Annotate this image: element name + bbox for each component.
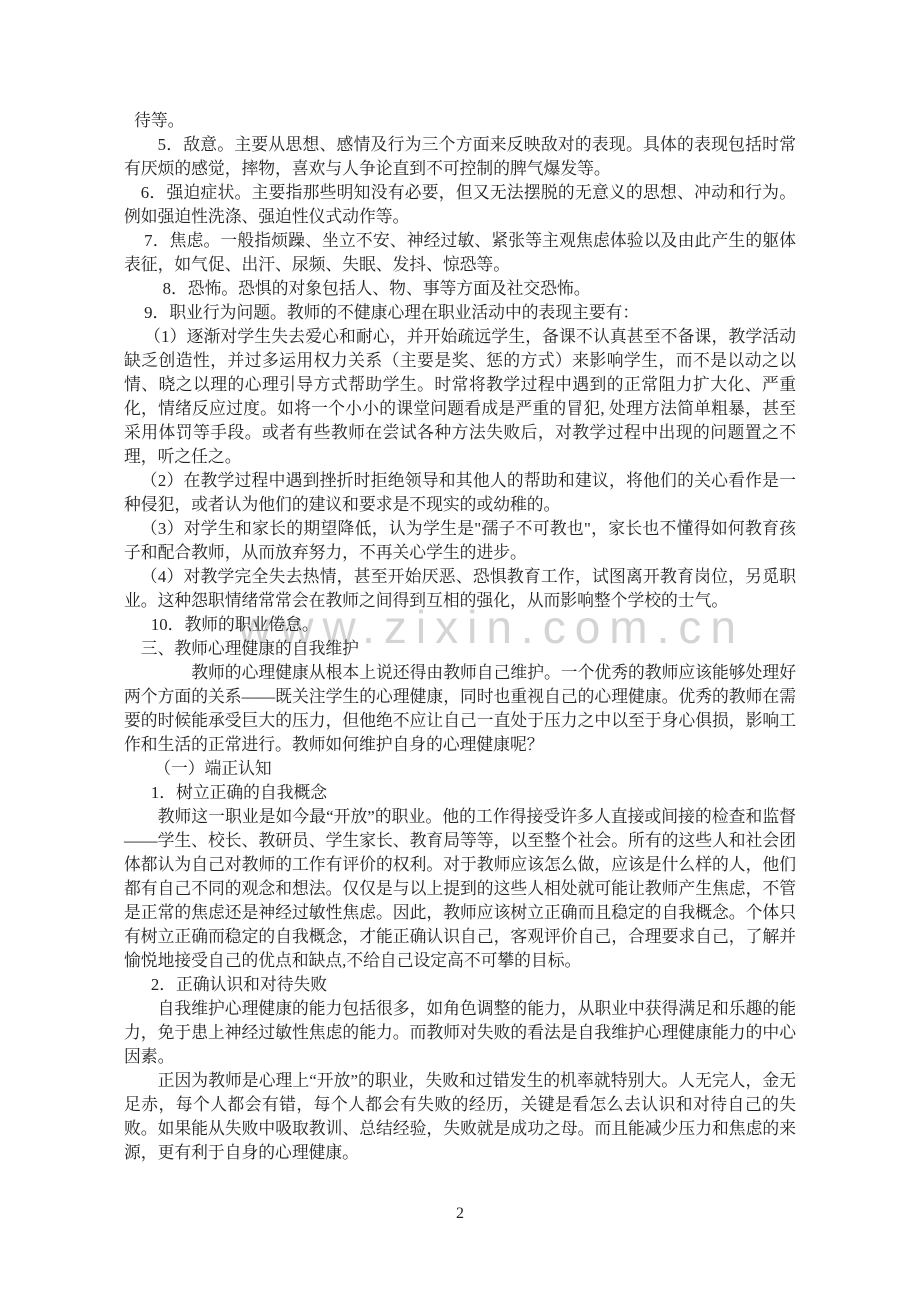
paragraph: 9．职业行为问题。教师的不健康心理在职业活动中的表现主要有： xyxy=(124,301,796,325)
document-body: 待等。5．敌意。主要从思想、感情及行为三个方面来反映敌对的表现。具体的表现包括时… xyxy=(124,109,796,1165)
paragraph: 1．树立正确的自我概念 xyxy=(124,781,796,805)
paragraph: （2）在教学过程中遇到挫折时拒绝领导和其他人的帮助和建议，将他们的关心看作是一种… xyxy=(124,469,796,517)
paragraph: 教师的心理健康从根本上说还得由教师自己维护。一个优秀的教师应该能够处理好两个方面… xyxy=(124,661,796,757)
paragraph: 2．正确认识和对待失败 xyxy=(124,973,796,997)
document-page: www.zixin.com.cn 待等。5．敌意。主要从思想、感情及行为三个方面… xyxy=(0,0,920,1302)
paragraph: （一）端正认知 xyxy=(124,757,796,781)
paragraph: （1）逐渐对学生失去爱心和耐心，并开始疏远学生，备课不认真甚至不备课，教学活动缺… xyxy=(124,325,796,469)
paragraph: 教师这一职业是如今最“开放”的职业。他的工作得接受许多人直接或间接的检查和监督—… xyxy=(124,805,796,973)
paragraph: （3）对学生和家长的期望降低，认为学生是"孺子不可教也"，家长也不懂得如何教育孩… xyxy=(124,517,796,565)
paragraph: 6．强迫症状。主要指那些明知没有必要，但又无法摆脱的无意义的思想、冲动和行为。例… xyxy=(124,181,796,229)
page-number: 2 xyxy=(0,1204,920,1224)
paragraph: 5．敌意。主要从思想、感情及行为三个方面来反映敌对的表现。具体的表现包括时常有厌… xyxy=(124,133,796,181)
paragraph: 待等。 xyxy=(124,109,796,133)
paragraph: 10．教师的职业倦怠。 xyxy=(124,613,796,637)
paragraph: 8．恐怖。恐惧的对象包括人、物、事等方面及社交恐怖。 xyxy=(124,277,796,301)
paragraph: （4）对教学完全失去热情，甚至开始厌恶、恐惧教育工作，试图离开教育岗位，另觅职业… xyxy=(124,565,796,613)
paragraph: 自我维护心理健康的能力包括很多，如角色调整的能力，从职业中获得满足和乐趣的能力，… xyxy=(124,997,796,1069)
paragraph: 正因为教师是心理上“开放”的职业，失败和过错发生的机率就特别大。人无完人，金无足… xyxy=(124,1069,796,1165)
paragraph: 三、教师心理健康的自我维护 xyxy=(124,637,796,661)
paragraph: 7．焦虑。一般指烦躁、坐立不安、神经过敏、紧张等主观焦虑体验以及由此产生的躯体表… xyxy=(124,229,796,277)
